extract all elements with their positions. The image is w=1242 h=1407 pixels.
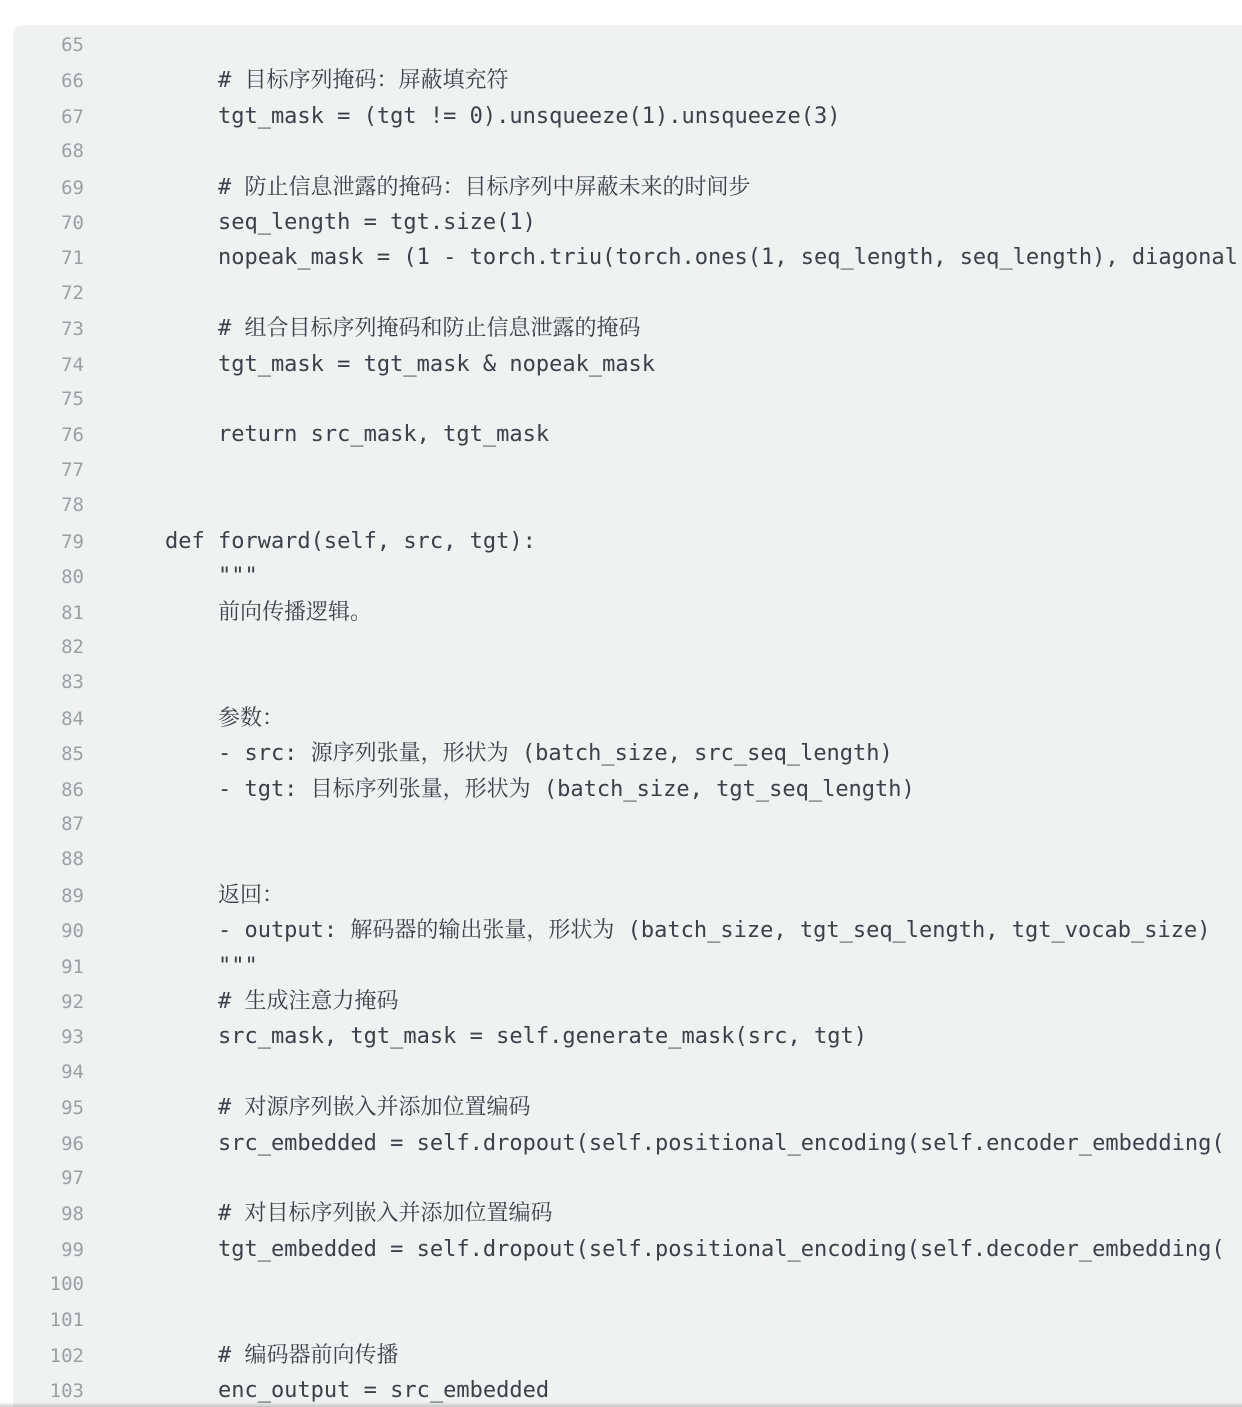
code-text: enc_output = src_embedded bbox=[112, 1373, 549, 1407]
code-line: 76 return src_mask, tgt_mask bbox=[13, 417, 1242, 452]
code-text: nopeak_mask = (1 - torch.triu(torch.ones… bbox=[112, 240, 1238, 275]
code-line: 84 参数： bbox=[13, 701, 1242, 736]
code-text: src_mask, tgt_mask = self.generate_mask(… bbox=[112, 1019, 867, 1054]
line-number: 103 bbox=[13, 1374, 84, 1407]
line-number: 92 bbox=[13, 985, 84, 1020]
code-line: 83 bbox=[13, 665, 1242, 700]
code-line: 79 def forward(self, src, tgt): bbox=[13, 524, 1242, 559]
code-line: 101 bbox=[13, 1303, 1242, 1338]
line-number: 70 bbox=[13, 206, 84, 241]
code-text: # 组合目标序列掩码和防止信息泄露的掩码 bbox=[112, 311, 640, 346]
code-line: 86 - tgt: 目标序列张量，形状为 (batch_size, tgt_se… bbox=[13, 772, 1242, 807]
code-line: 68 bbox=[13, 134, 1242, 169]
line-number: 100 bbox=[13, 1267, 84, 1302]
code-text: - tgt: 目标序列张量，形状为 (batch_size, tgt_seq_l… bbox=[112, 772, 915, 807]
code-line: 73 # 组合目标序列掩码和防止信息泄露的掩码 bbox=[13, 311, 1242, 346]
line-number: 97 bbox=[13, 1161, 84, 1196]
code-line: 90 - output: 解码器的输出张量，形状为 (batch_size, t… bbox=[13, 913, 1242, 948]
line-number: 95 bbox=[13, 1091, 84, 1126]
line-number: 78 bbox=[13, 488, 84, 523]
code-line: 75 bbox=[13, 382, 1242, 417]
code-line: 71 nopeak_mask = (1 - torch.triu(torch.o… bbox=[13, 240, 1242, 275]
code-line: 96 src_embedded = self.dropout(self.posi… bbox=[13, 1126, 1242, 1161]
code-text: return src_mask, tgt_mask bbox=[112, 417, 549, 452]
line-number: 66 bbox=[13, 64, 84, 99]
line-number: 90 bbox=[13, 914, 84, 949]
code-line: 94 bbox=[13, 1055, 1242, 1090]
line-number: 101 bbox=[13, 1303, 84, 1338]
code-line: 80 """ bbox=[13, 559, 1242, 594]
code-line: 91 """ bbox=[13, 949, 1242, 984]
page: 6566 # 目标序列掩码：屏蔽填充符67 tgt_mask = (tgt !=… bbox=[0, 0, 1242, 1407]
code-text: tgt_embedded = self.dropout(self.positio… bbox=[112, 1232, 1225, 1267]
line-number: 86 bbox=[13, 773, 84, 808]
code-panel: 6566 # 目标序列掩码：屏蔽填充符67 tgt_mask = (tgt !=… bbox=[13, 25, 1242, 1407]
line-number: 81 bbox=[13, 596, 84, 631]
code-text: - src: 源序列张量，形状为 (batch_size, src_seq_le… bbox=[112, 736, 893, 771]
code-text: def forward(self, src, tgt): bbox=[112, 524, 536, 559]
code-line: 66 # 目标序列掩码：屏蔽填充符 bbox=[13, 63, 1242, 98]
line-number: 91 bbox=[13, 950, 84, 985]
line-number: 76 bbox=[13, 418, 84, 453]
code-text: """ bbox=[112, 949, 258, 984]
code-line: 72 bbox=[13, 276, 1242, 311]
code-line: 89 返回： bbox=[13, 878, 1242, 913]
code-text: - output: 解码器的输出张量，形状为 (batch_size, tgt_… bbox=[112, 913, 1210, 948]
code-text: # 编码器前向传播 bbox=[112, 1338, 398, 1373]
code-line: 99 tgt_embedded = self.dropout(self.posi… bbox=[13, 1232, 1242, 1267]
code-line: 82 bbox=[13, 630, 1242, 665]
line-number: 77 bbox=[13, 453, 84, 488]
line-number: 79 bbox=[13, 525, 84, 560]
line-number: 88 bbox=[13, 842, 84, 877]
code-line: 93 src_mask, tgt_mask = self.generate_ma… bbox=[13, 1019, 1242, 1054]
code-line: 81 前向传播逻辑。 bbox=[13, 595, 1242, 630]
line-number: 73 bbox=[13, 312, 84, 347]
line-number: 75 bbox=[13, 382, 84, 417]
code-text: 前向传播逻辑。 bbox=[112, 595, 372, 630]
line-number: 71 bbox=[13, 241, 84, 276]
line-number: 84 bbox=[13, 702, 84, 737]
code-text: # 生成注意力掩码 bbox=[112, 984, 398, 1019]
code-line: 103 enc_output = src_embedded bbox=[13, 1373, 1242, 1407]
code-text: """ bbox=[112, 559, 258, 594]
code-line: 95 # 对源序列嵌入并添加位置编码 bbox=[13, 1090, 1242, 1125]
line-number: 72 bbox=[13, 276, 84, 311]
code-text: tgt_mask = tgt_mask & nopeak_mask bbox=[112, 347, 655, 382]
line-number: 68 bbox=[13, 134, 84, 169]
code-line: 100 bbox=[13, 1267, 1242, 1302]
code-text: # 目标序列掩码：屏蔽填充符 bbox=[112, 63, 508, 98]
line-number: 89 bbox=[13, 879, 84, 914]
code-line: 92 # 生成注意力掩码 bbox=[13, 984, 1242, 1019]
code-line: 98 # 对目标序列嵌入并添加位置编码 bbox=[13, 1196, 1242, 1231]
line-number: 96 bbox=[13, 1127, 84, 1162]
code-line: 77 bbox=[13, 453, 1242, 488]
line-number: 102 bbox=[13, 1339, 84, 1374]
code-text: 返回： bbox=[112, 878, 284, 913]
code-line: 65 bbox=[13, 28, 1242, 63]
code-text: tgt_mask = (tgt != 0).unsqueeze(1).unsqu… bbox=[112, 99, 840, 134]
code-line: 85 - src: 源序列张量，形状为 (batch_size, src_seq… bbox=[13, 736, 1242, 771]
line-number: 67 bbox=[13, 100, 84, 135]
code-line: 88 bbox=[13, 842, 1242, 877]
line-number: 69 bbox=[13, 171, 84, 206]
line-number: 83 bbox=[13, 665, 84, 700]
code-text: src_embedded = self.dropout(self.positio… bbox=[112, 1126, 1225, 1161]
line-number: 74 bbox=[13, 348, 84, 383]
line-number: 98 bbox=[13, 1197, 84, 1232]
code-text: seq_length = tgt.size(1) bbox=[112, 205, 536, 240]
code-text: # 对源序列嵌入并添加位置编码 bbox=[112, 1090, 530, 1125]
code-line: 67 tgt_mask = (tgt != 0).unsqueeze(1).un… bbox=[13, 99, 1242, 134]
code-line: 74 tgt_mask = tgt_mask & nopeak_mask bbox=[13, 347, 1242, 382]
line-number: 93 bbox=[13, 1020, 84, 1055]
line-number: 87 bbox=[13, 807, 84, 842]
code-line: 102 # 编码器前向传播 bbox=[13, 1338, 1242, 1373]
code-line: 78 bbox=[13, 488, 1242, 523]
code-line: 87 bbox=[13, 807, 1242, 842]
code-lines: 6566 # 目标序列掩码：屏蔽填充符67 tgt_mask = (tgt !=… bbox=[13, 25, 1242, 1407]
code-text: # 对目标序列嵌入并添加位置编码 bbox=[112, 1196, 552, 1231]
code-text: # 防止信息泄露的掩码：目标序列中屏蔽未来的时间步 bbox=[112, 170, 750, 205]
code-text: 参数： bbox=[112, 701, 284, 736]
code-line: 70 seq_length = tgt.size(1) bbox=[13, 205, 1242, 240]
line-number: 65 bbox=[13, 28, 84, 63]
line-number: 99 bbox=[13, 1233, 84, 1268]
line-number: 94 bbox=[13, 1055, 84, 1090]
line-number: 82 bbox=[13, 630, 84, 665]
line-number: 80 bbox=[13, 560, 84, 595]
line-number: 85 bbox=[13, 737, 84, 772]
code-line: 97 bbox=[13, 1161, 1242, 1196]
code-line: 69 # 防止信息泄露的掩码：目标序列中屏蔽未来的时间步 bbox=[13, 170, 1242, 205]
